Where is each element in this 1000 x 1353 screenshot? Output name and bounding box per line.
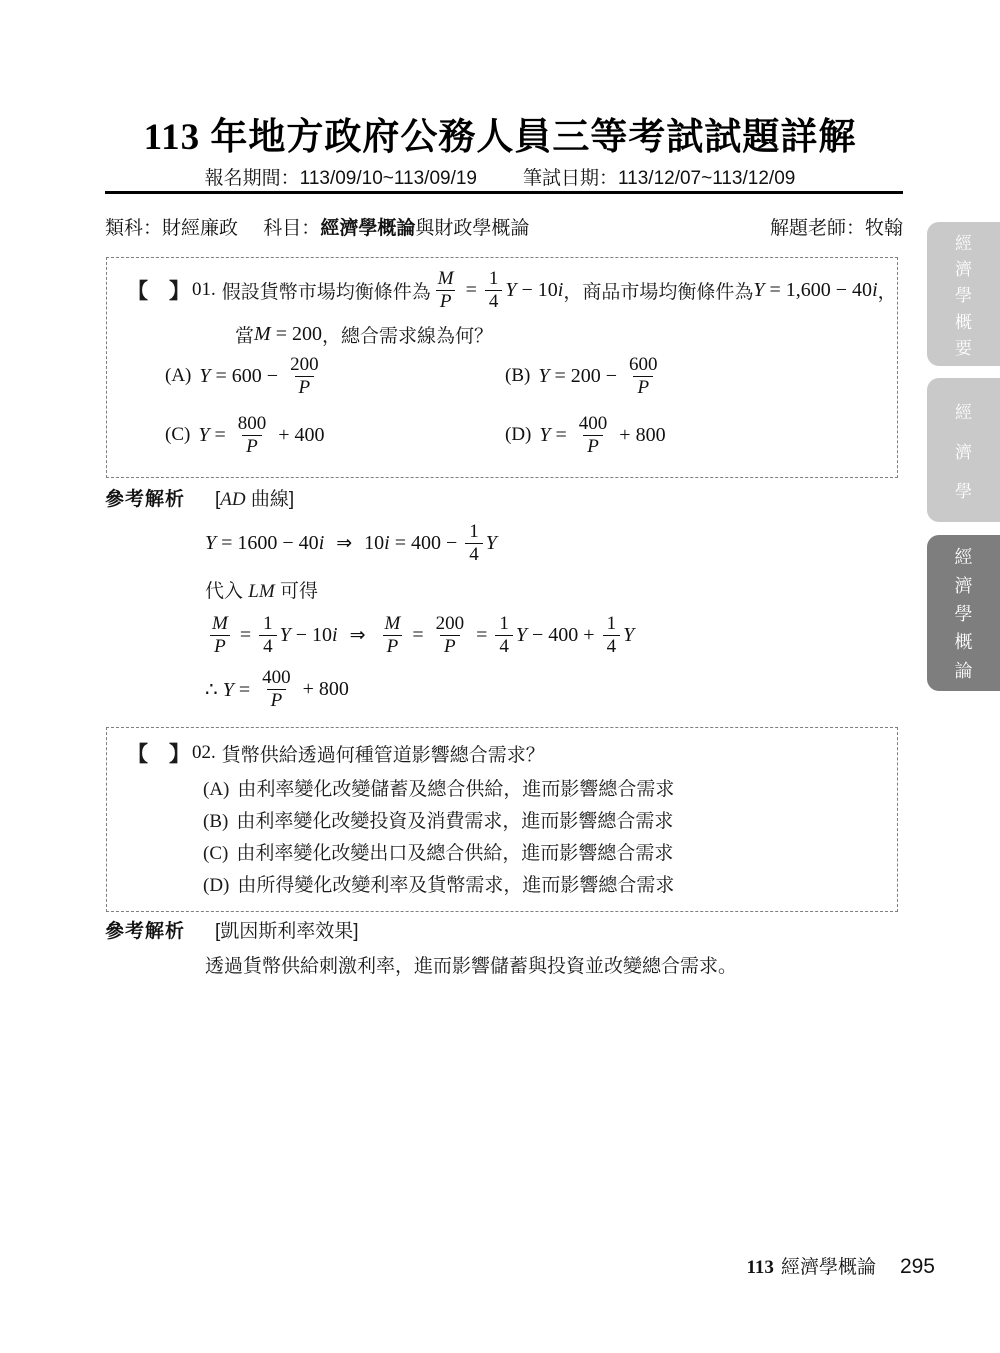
option-B: (B) Y = 200 − 600P — [505, 350, 897, 403]
exam-solution-page: 113 年地方政府公務人員三等考試試題詳解 報名期間：113/09/10~113… — [0, 0, 1000, 1353]
option-math-post: + 400 — [273, 424, 324, 447]
solution-tag: [凱因斯利率效果] — [215, 916, 359, 943]
option-fraction: 400P — [575, 413, 612, 458]
option-label: (C) — [165, 424, 190, 446]
solution-block-1: 參考解析 [AD 曲線] Y = 1600 − 40i ⇒ 10i = 400 … — [105, 484, 905, 712]
header-divider — [105, 191, 903, 194]
option-text: 由所得變化改變利率及貨幣需求，進而影響總合需求 — [237, 875, 674, 896]
q1-line2-math: M = 200 — [254, 323, 322, 346]
q1-line2-pre: 當 — [235, 321, 254, 348]
option-math: Y = 200 − — [538, 365, 622, 388]
q1-stem-line1: 【 】 01. 假設貨幣市場均衡條件為 MP = 14 Y − 10i ， 商品… — [127, 268, 897, 313]
subject-prefix: 科目： — [263, 218, 320, 239]
solution-heading-row: 參考解析 [AD 曲線] — [105, 484, 905, 511]
option-A: (A) Y = 600 − 200P — [165, 350, 505, 403]
option-C: (C)由利率變化改變出口及總合供給，進而影響總合需求 — [203, 838, 897, 870]
fraction-200-P: 200P — [432, 613, 469, 658]
fraction-400-P: 400P — [258, 667, 295, 712]
solution-body: 透過貨幣供給刺激利率，進而影響儲蓄與投資並改變總合需求。 — [205, 951, 905, 978]
category-label: 類科：財經廉政 — [105, 218, 238, 239]
q1-options: (A) Y = 600 − 200P (B) Y = 200 − 600P (C… — [165, 350, 897, 462]
option-B: (B)由利率變化改變投資及消費需求，進而影響總合需求 — [203, 806, 897, 838]
solution-body: Y = 1600 − 40i ⇒ 10i = 400 − 14 Y 代入 LM … — [205, 521, 905, 712]
option-label: (C) — [203, 843, 228, 864]
option-D: (D)由所得變化改變利率及貨幣需求，進而影響總合需求 — [203, 870, 897, 902]
fraction-M-P: MP — [434, 268, 458, 313]
q1-math-run-1: Y − 10i — [505, 279, 563, 302]
equals-sign: = — [461, 279, 482, 302]
subject-name-bold: 經濟學概論 — [320, 218, 415, 239]
answer-bracket: 【 】 — [127, 738, 190, 768]
sol1-text-line: 代入 LM 可得 — [205, 576, 905, 603]
page-footer: 113 經濟學概論 295 — [0, 1252, 935, 1279]
option-fraction: 600P — [625, 354, 662, 399]
implies-arrow: ⇒ — [336, 532, 352, 554]
edge-tab-economics-intro-active: 經濟學概論 — [927, 535, 1000, 691]
solution-tag: [AD 曲線] — [215, 484, 294, 511]
option-A: (A)由利率變化改變儲蓄及總合供給，進而影響總合需求 — [203, 774, 897, 806]
option-label: (B) — [505, 365, 530, 387]
math-run: Y — [486, 532, 497, 555]
math-run: Y — [623, 624, 634, 647]
answer-bracket: 【 】 — [127, 275, 190, 305]
fraction-1-4: 14 — [465, 521, 483, 566]
option-text: 由利率變化改變儲蓄及總合供給，進而影響總合需求 — [237, 779, 674, 800]
option-math: Y = 600 − — [199, 365, 283, 388]
solution-heading: 參考解析 — [105, 916, 185, 943]
option-text: 由利率變化改變出口及總合供給，進而影響總合需求 — [236, 843, 673, 864]
math-run: Y = 1600 − 40i — [205, 532, 324, 555]
option-math: Y = — [539, 424, 571, 447]
question-number: 02. — [192, 742, 216, 764]
math-run: Y − 400 + — [516, 624, 600, 647]
q2-stem-line: 【 】 02. 貨幣供給透過何種管道影響總合需求？ — [127, 738, 897, 768]
sol1-formula-line-2: MP = 14 Y − 10i ⇒ MP = 200P = 14 Y − 400… — [205, 613, 905, 658]
q1-stem-mid: 商品市場均衡條件為 — [582, 277, 753, 304]
edge-tab-economics: 經濟學 — [927, 378, 1000, 522]
option-label: (A) — [165, 365, 191, 387]
option-math-post: + 800 — [614, 424, 665, 447]
math-run: 10i = 400 − — [364, 532, 462, 555]
option-D: (D) Y = 400P + 800 — [505, 409, 897, 462]
implies-arrow: ⇒ — [350, 624, 366, 646]
solution-heading-row: 參考解析 [凱因斯利率效果] — [105, 916, 905, 943]
footer-page-number: 295 — [900, 1255, 935, 1279]
solution-heading: 參考解析 — [105, 484, 185, 511]
option-label: (D) — [203, 875, 229, 896]
sol1-formula-line-1: Y = 1600 − 40i ⇒ 10i = 400 − 14 Y — [205, 521, 905, 566]
fraction-M-P: MP — [381, 613, 405, 658]
category-subject: 類科：財經廉政 科目：經濟學概論與財政學概論 — [105, 213, 529, 240]
option-fraction: 800P — [234, 413, 271, 458]
solution-block-2: 參考解析 [凱因斯利率效果] 透過貨幣供給刺激利率，進而影響儲蓄與投資並改變總合… — [105, 916, 905, 978]
math-run: + 800 — [298, 678, 349, 701]
fraction-1-4: 14 — [259, 613, 277, 658]
fraction-M-P: MP — [208, 613, 232, 658]
fraction-1-4: 14 — [603, 613, 621, 658]
sol1-formula-line-3: ∴ Y = 400P + 800 — [205, 667, 905, 712]
footer-subject: 經濟學概論 — [781, 1252, 876, 1279]
option-text: 由利率變化改變投資及消費需求，進而影響總合需求 — [236, 811, 673, 832]
option-label: (A) — [203, 779, 229, 800]
q1-stem-line2: 當 M = 200 ，總合需求線為何？ — [235, 321, 897, 348]
footer-edition: 113 — [746, 1257, 773, 1279]
fraction-1-4: 14 — [485, 268, 503, 313]
option-label: (D) — [505, 424, 531, 446]
math-run: ∴ Y = — [205, 677, 255, 702]
option-C: (C) Y = 800P + 400 — [165, 409, 505, 462]
q1-math-run-2: Y = 1,600 − 40i — [753, 279, 877, 302]
edge-tab-economics-overview: 經濟學概要 — [927, 222, 1000, 366]
q1-stem-pre: 假設貨幣市場均衡條件為 — [222, 277, 431, 304]
registration-period: 報名期間：113/09/10~113/09/19 — [205, 168, 477, 189]
option-label: (B) — [203, 811, 228, 832]
question-number: 01. — [192, 279, 216, 301]
math-run: = — [471, 624, 492, 647]
meta-row: 類科：財經廉政 科目：經濟學概論與財政學概論 解題老師：牧翰 — [105, 213, 903, 240]
comma: ， — [878, 277, 897, 304]
option-math: Y = — [198, 424, 230, 447]
exam-dates-line: 報名期間：113/09/10~113/09/19筆試日期：113/12/07~1… — [0, 163, 1000, 190]
question-box-1: 【 】 01. 假設貨幣市場均衡條件為 MP = 14 Y − 10i ， 商品… — [106, 257, 898, 478]
math-run: = — [407, 624, 428, 647]
math-run: = — [235, 624, 256, 647]
q2-options: (A)由利率變化改變儲蓄及總合供給，進而影響總合需求 (B)由利率變化改變投資及… — [203, 774, 897, 902]
page-title: 113 年地方政府公務人員三等考試試題詳解 — [0, 106, 1000, 160]
teacher-label: 解題老師：牧翰 — [770, 213, 903, 240]
fraction-1-4: 14 — [495, 613, 513, 658]
q2-stem: 貨幣供給透過何種管道影響總合需求？ — [222, 740, 545, 767]
comma: ， — [563, 277, 582, 304]
question-box-2: 【 】 02. 貨幣供給透過何種管道影響總合需求？ (A)由利率變化改變儲蓄及總… — [106, 727, 898, 912]
sol2-text: 透過貨幣供給刺激利率，進而影響儲蓄與投資並改變總合需求。 — [205, 951, 905, 978]
subject-suffix: 與財政學概論 — [415, 218, 529, 239]
q1-line2-post: ，總合需求線為何？ — [322, 321, 493, 348]
option-fraction: 200P — [286, 354, 323, 399]
math-run: Y − 10i — [280, 624, 338, 647]
written-exam-date: 筆試日期：113/12/07~113/12/09 — [523, 168, 795, 189]
